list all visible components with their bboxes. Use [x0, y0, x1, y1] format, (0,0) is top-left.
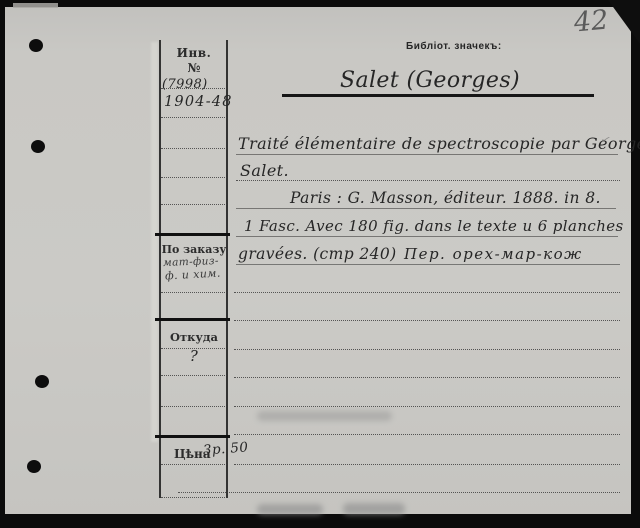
- inventory-number: (7998): [162, 78, 208, 91]
- scan-border-left: [0, 7, 5, 528]
- ruled-line: [178, 492, 620, 493]
- ruled-line: [161, 375, 227, 376]
- punch-hole: [35, 375, 49, 388]
- body-line-title: Traité élémentaire de spectroscopie par …: [238, 136, 640, 152]
- body-line-author: Salet.: [240, 163, 289, 179]
- scan-border-bottom: [0, 514, 640, 528]
- body-line-imprint: Paris : G. Masson, éditeur. 1888. in 8.: [290, 191, 601, 207]
- price-value: 3р. 50: [203, 441, 249, 458]
- ruled-line: [236, 236, 618, 237]
- ruled-line: [155, 435, 230, 438]
- punch-hole: [27, 460, 41, 473]
- ruled-line: [236, 264, 620, 265]
- ruled-line: [161, 117, 227, 118]
- heading-underline: [282, 94, 594, 97]
- ruled-line: [161, 177, 227, 178]
- origin-value: ?: [160, 349, 228, 364]
- ruled-line: [161, 406, 227, 407]
- body-line-collation2: gravées. (стр 240): [238, 247, 397, 263]
- ruled-line: [161, 292, 227, 293]
- order-value-line2: ф. и хим.: [165, 268, 221, 282]
- library-stamp-label: Библіот. значекъ:: [406, 41, 502, 52]
- punch-hole: [29, 39, 43, 52]
- ruled-line: [234, 377, 620, 378]
- scan-edge-notch: [13, 3, 58, 8]
- ruled-line: [155, 318, 230, 321]
- faded-text-smudge: [257, 504, 323, 515]
- ruled-line: [234, 349, 620, 350]
- ruled-line: [236, 208, 616, 209]
- ruled-line: [234, 292, 620, 293]
- faded-text-smudge: [343, 503, 405, 515]
- punch-hole: [31, 140, 45, 153]
- column-divider-line: [159, 40, 161, 498]
- inventory-year: 1904-48: [164, 95, 233, 110]
- body-line-collation: 1 Fasc. Avec 180 fig. dans le texte и 6 …: [244, 219, 624, 234]
- ruled-line: [234, 434, 620, 435]
- origin-label: Откуда: [160, 330, 228, 344]
- scan-border-right: [631, 0, 640, 528]
- page-number-pencil: 42: [573, 7, 610, 37]
- inventory-label-line2: №: [160, 61, 228, 75]
- ruled-line: [161, 497, 227, 498]
- inventory-label-line1: Инв.: [160, 46, 228, 60]
- ruled-line: [236, 154, 618, 155]
- ruled-line: [234, 406, 620, 407]
- ruled-line: [161, 204, 227, 205]
- ruled-line: [161, 464, 227, 465]
- scan-border-top: [0, 0, 640, 7]
- faded-text-smudge: [257, 411, 392, 421]
- ruled-line: [155, 233, 230, 236]
- ruled-line: [234, 320, 620, 321]
- body-line-binding-note: Пер. орех-мар-кож: [404, 247, 583, 262]
- card-edge-highlight: [151, 42, 158, 442]
- catalog-card-scan: Библіот. значекъ: 42 Salet (Georges) Инв…: [0, 0, 640, 528]
- author-heading: Salet (Georges): [340, 70, 520, 92]
- ruled-line: [161, 148, 227, 149]
- ruled-line: [234, 464, 620, 465]
- ruled-line: [236, 180, 620, 181]
